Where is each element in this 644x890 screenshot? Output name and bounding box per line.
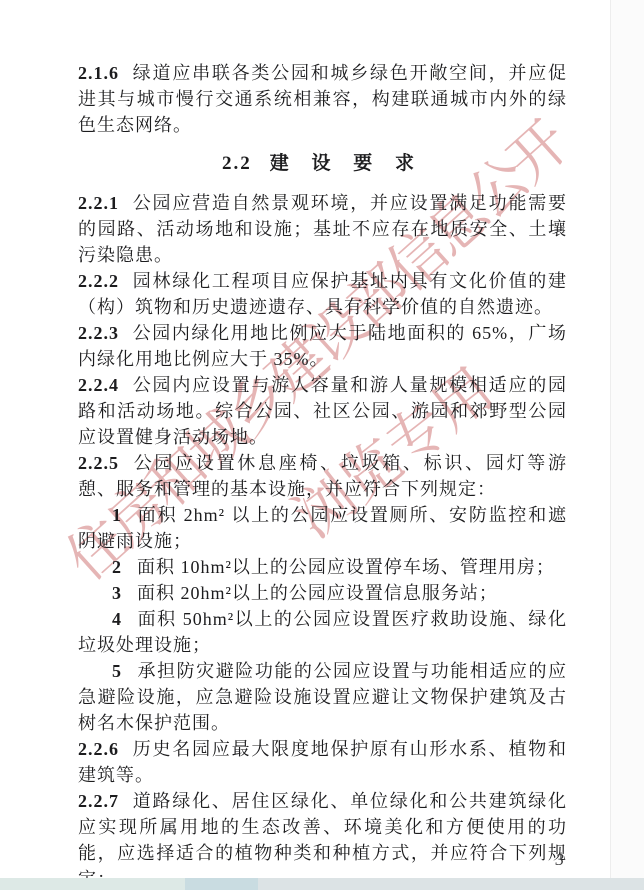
clause-number: 2.2.6 [78,739,119,759]
sub-item: 2面积 10hm²以上的公园应设置停车场、管理用房； [78,554,567,580]
clause-text: 园林绿化工程项目应保护基址内具有文化价值的建（构）筑物和历史遗迹遗存、具有科学价… [78,271,567,317]
sub-item: 1面积 2hm² 以上的公园应设置厕所、安防监控和遮阴避雨设施； [78,502,567,554]
clause-text: 公园应设置休息座椅、垃圾箱、标识、园灯等游憩、服务和管理的基本设施，并应符合下列… [78,453,567,499]
clause-text: 建 设 要 求 [270,153,423,174]
section-heading: 2.2建 设 要 求 [78,151,567,177]
clause-number: 2.2.5 [78,453,119,473]
clause-number: 2.2.1 [78,193,119,213]
bottom-strip-segment-right [258,878,644,890]
bottom-strip-segment-middle [185,878,258,890]
clause-number: 2.2.7 [78,791,119,811]
clause-paragraph: 2.2.7道路绿化、居住区绿化、单位绿化和公共建筑绿化应实现所属用地的生态改善、… [78,788,567,890]
clause-paragraph: 2.1.6绿道应串联各类公园和城乡绿色开敞空间，并应促进其与城市慢行交通系统相兼… [78,60,567,138]
sub-item: 3面积 20hm²以上的公园应设置信息服务站； [78,580,567,606]
clause-text: 承担防灾避险功能的公园应设置与功能相适应的应急避险设施，应急避险设施设置应避让文… [78,661,567,733]
bottom-strip-segment-left [0,878,185,890]
clause-paragraph: 2.2.6历史名园应最大限度地保护原有山形水系、植物和建筑等。 [78,736,567,788]
clause-number: 2.2.3 [78,323,119,343]
clause-paragraph: 2.2.2园林绿化工程项目应保护基址内具有文化价值的建（构）筑物和历史遗迹遗存、… [78,268,567,320]
clause-text: 公园内绿化用地比例应大于陆地面积的 65%，广场内绿化用地比例应大于 35%。 [78,323,567,369]
clause-number: 2.1.6 [78,63,119,83]
clause-text: 面积 50hm²以上的公园应设置医疗救助设施、绿化垃圾处理设施； [78,609,567,655]
clause-number: 2.2 [222,153,252,174]
clause-number: 2.2.4 [78,375,119,395]
clause-number: 2.2.2 [78,271,119,291]
clause-paragraph: 2.2.1公园应营造自然景观环境，并应设置满足功能需要的园路、活动场地和设施；基… [78,190,567,268]
clause-text: 面积 20hm²以上的公园应设置信息服务站； [137,583,498,603]
clause-number: 2 [112,557,122,577]
clause-text: 历史名园应最大限度地保护原有山形水系、植物和建筑等。 [78,739,567,785]
text-column: 2.1.6绿道应串联各类公园和城乡绿色开敞空间，并应促进其与城市慢行交通系统相兼… [78,60,567,890]
clause-number: 4 [112,609,122,629]
clause-paragraph: 2.2.5公园应设置休息座椅、垃圾箱、标识、园灯等游憩、服务和管理的基本设施，并… [78,450,567,502]
document-page: 住房和城乡建设部信息公开 浏览专用 2.1.6绿道应串联各类公园和城乡绿色开敞空… [0,0,644,890]
clause-number: 5 [112,661,122,681]
clause-number: 1 [112,505,122,525]
page-number: 3 [556,850,565,870]
clause-text: 道路绿化、居住区绿化、单位绿化和公共建筑绿化应实现所属用地的生态改善、环境美化和… [78,791,567,889]
clause-paragraph: 2.2.3公园内绿化用地比例应大于陆地面积的 65%，广场内绿化用地比例应大于 … [78,320,567,372]
scan-right-edge [610,0,644,890]
clause-text: 面积 2hm² 以上的公园应设置厕所、安防监控和遮阴避雨设施； [78,505,567,551]
sub-item: 4面积 50hm²以上的公园应设置医疗救助设施、绿化垃圾处理设施； [78,606,567,658]
clause-text: 绿道应串联各类公园和城乡绿色开敞空间，并应促进其与城市慢行交通系统相兼容，构建联… [78,63,567,135]
clause-text: 公园内应设置与游人容量和游人量规模相适应的园路和活动场地。综合公园、社区公园、游… [78,375,567,447]
sub-item: 5承担防灾避险功能的公园应设置与功能相适应的应急避险设施，应急避险设施设置应避让… [78,658,567,736]
clause-paragraph: 2.2.4公园内应设置与游人容量和游人量规模相适应的园路和活动场地。综合公园、社… [78,372,567,450]
clause-number: 3 [112,583,122,603]
clause-text: 公园应营造自然景观环境，并应设置满足功能需要的园路、活动场地和设施；基址不应存在… [78,193,567,265]
clause-text: 面积 10hm²以上的公园应设置停车场、管理用房； [137,557,555,577]
